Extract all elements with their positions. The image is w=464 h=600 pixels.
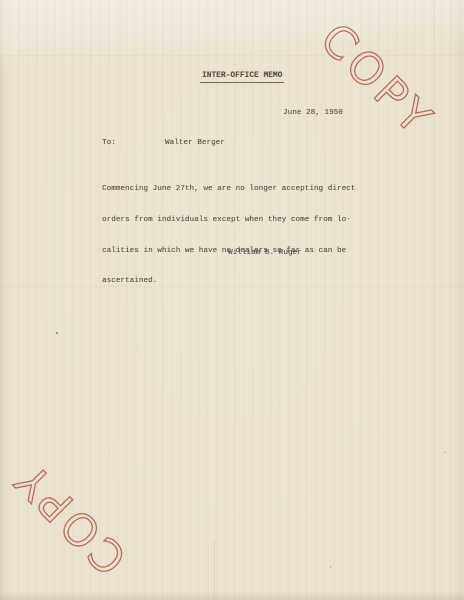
body-line: ascertained. [102,276,355,286]
memo-date: June 28, 1950 [283,108,343,118]
paper-crease [121,0,122,150]
body-line: orders from individuals except when they… [102,215,355,225]
memo-title: INTER-OFFICE MEMO [200,71,284,83]
paper-crease [434,0,435,600]
paper-speck [444,452,446,453]
to-label: To: [102,138,116,148]
body-line: Commencing June 27th, we are no longer a… [102,184,355,194]
memo-body: Commencing June 27th, we are no longer a… [102,164,355,307]
copy-stamp-top-right: COPY [310,14,444,148]
paper-speck [56,332,58,334]
paper-crease [214,540,215,600]
memo-page: INTER-OFFICE MEMO June 28, 1950 To: Walt… [0,0,464,600]
paper-speck [330,566,331,568]
signature-name: William B. Ruger [228,248,302,258]
paper-crease [0,55,464,57]
copy-stamp-bottom-left: COPY [3,451,137,585]
recipient-name: Walter Berger [165,138,225,148]
